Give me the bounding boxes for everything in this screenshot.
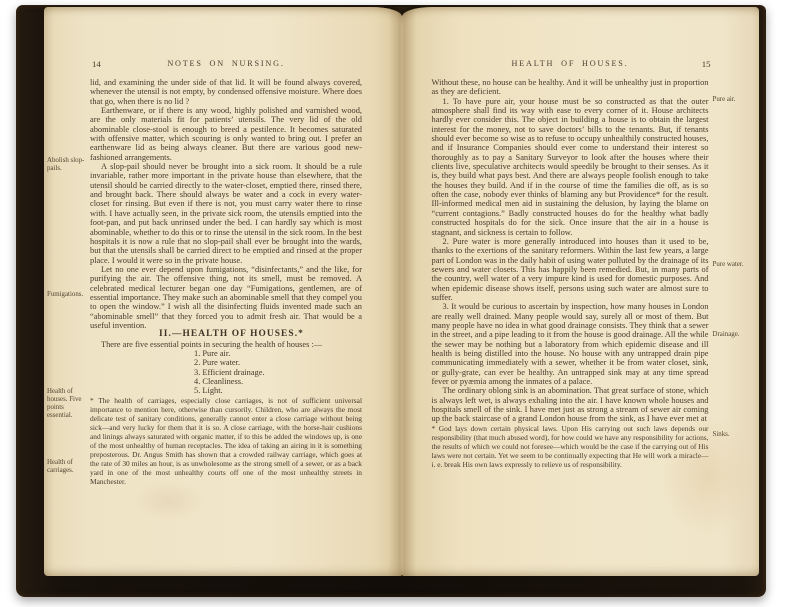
right-page-number: 15 (702, 59, 711, 69)
list-item: 4. Cleanliness. (194, 377, 362, 386)
list-item: 5. Light. (194, 386, 362, 395)
margin-note: Health of houses. Five points essential. (47, 388, 88, 420)
list-item: 2. Pure water. (194, 358, 362, 367)
left-running-header: 14 NOTES ON NURSING. (90, 59, 362, 71)
right-page: HEALTH OF HOUSES. 15 Without these, no h… (402, 7, 760, 576)
paragraph: 2. Pure water is more generally introduc… (432, 237, 709, 302)
paragraph: The ordinary oblong sink is an abominati… (432, 386, 709, 423)
paragraph: A slop-pail should never be brought into… (90, 162, 362, 265)
footnote: * God lays down certain physical laws. U… (432, 424, 709, 469)
left-body-text: lid, and examining the under side of tha… (90, 78, 362, 486)
margin-note: Sinks. (713, 431, 758, 439)
margin-note: Pure air. (713, 96, 758, 104)
paragraph: There are five essential points in secur… (90, 340, 362, 349)
margin-note: Drainage. (713, 331, 758, 339)
right-header-title: HEALTH OF HOUSES. (432, 59, 709, 68)
book-photo: { "book": { "left_page": { "page_number"… (0, 0, 800, 607)
right-body-text: Without these, no house can be healthy. … (432, 78, 709, 469)
margin-note: Health of carriages. (47, 459, 88, 475)
section-heading: II.—HEALTH OF HOUSES.* (90, 330, 362, 339)
list-item: 1. Pure air. (194, 349, 362, 358)
paragraph: Without these, no house can be healthy. … (432, 78, 709, 97)
paragraph: Let no one ever depend upon fumigations,… (90, 265, 362, 330)
footnote: * The health of carriages, especially cl… (90, 396, 362, 486)
left-page: 14 NOTES ON NURSING. lid, and examining … (44, 7, 402, 576)
paragraph: 3. It would be curious to ascertain by i… (432, 302, 709, 386)
essentials-list: 1. Pure air. 2. Pure water. 3. Efficient… (194, 349, 362, 396)
book-cover: 14 NOTES ON NURSING. lid, and examining … (16, 5, 766, 597)
paragraph: 1. To have pure air, your house must be … (432, 97, 709, 237)
margin-note: Abolish slop-pails. (47, 157, 88, 173)
margin-note: Pure water. (713, 261, 758, 269)
paragraph: Earthenware, or if there is any wood, hi… (90, 106, 362, 162)
paragraph: lid, and examining the under side of tha… (90, 78, 362, 106)
page-spread: 14 NOTES ON NURSING. lid, and examining … (44, 7, 759, 576)
page-stain (134, 481, 204, 521)
list-item: 3. Efficient drainage. (194, 368, 362, 377)
right-running-header: HEALTH OF HOUSES. 15 (432, 59, 709, 71)
margin-note: Fumigations. (47, 291, 88, 299)
left-header-title: NOTES ON NURSING. (90, 59, 362, 68)
